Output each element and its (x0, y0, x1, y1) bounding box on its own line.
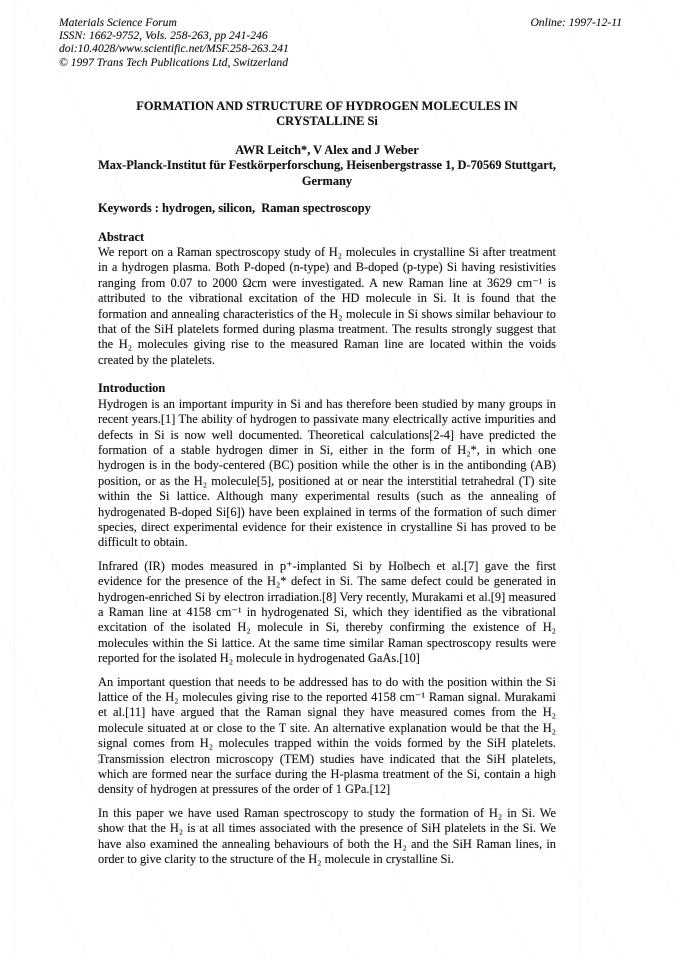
abstract-paragraph: We report on a Raman spectroscopy study … (98, 245, 556, 368)
journal-header-left: Materials Science Forum ISSN: 1662-9752,… (59, 16, 289, 69)
authors-line: AWR Leitch*, V Alex and J Weber (98, 143, 556, 158)
doi-line: doi:10.4028/www.scientific.net/MSF.258-2… (59, 42, 289, 55)
introduction-paragraph-4: In this paper we have used Raman spectro… (98, 806, 556, 868)
journal-header: Materials Science Forum ISSN: 1662-9752,… (59, 16, 622, 69)
article-body: FORMATION AND STRUCTURE OF HYDROGEN MOLE… (98, 99, 556, 867)
section-introduction: Introduction Hydrogen is an important im… (98, 381, 556, 867)
introduction-paragraph-1: Hydrogen is an important impurity in Si … (98, 397, 556, 551)
online-date: Online: 1997-12-11 (530, 16, 622, 29)
section-abstract: Abstract We report on a Raman spectrosco… (98, 230, 556, 369)
issn-volume-pages-line: ISSN: 1662-9752, Vols. 258-263, pp 241-2… (59, 29, 289, 42)
introduction-paragraph-3: An important question that needs to be a… (98, 675, 556, 798)
introduction-heading: Introduction (98, 381, 556, 396)
abstract-heading: Abstract (98, 230, 556, 245)
introduction-paragraph-2: Infrared (IR) modes measured in p⁺-impla… (98, 559, 556, 667)
scanned-paper-page: Materials Science Forum ISSN: 1662-9752,… (0, 0, 678, 959)
copyright-line: © 1997 Trans Tech Publications Ltd, Swit… (59, 56, 289, 69)
journal-name: Materials Science Forum (59, 16, 289, 29)
paper-title: FORMATION AND STRUCTURE OF HYDROGEN MOLE… (98, 99, 556, 129)
scan-edge-artifact-left (13, 0, 14, 959)
scan-edge-artifact-right (581, 620, 582, 959)
keywords-line: Keywords : hydrogen, silicon, Raman spec… (98, 201, 556, 216)
affiliation-line: Max-Planck-Institut für Festkörperforsch… (98, 158, 556, 173)
affiliation-country: Germany (98, 174, 556, 189)
